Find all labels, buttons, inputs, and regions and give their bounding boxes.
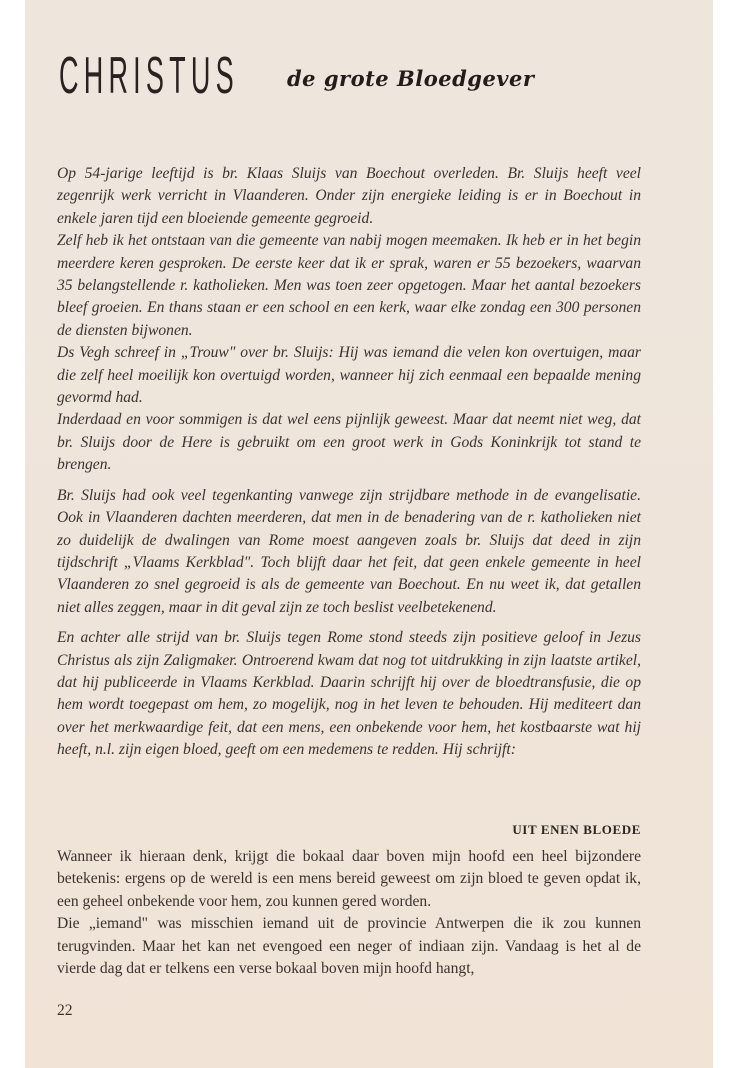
paragraph: Ds Vegh schreef in „Trouw" over br. Slui… [57, 342, 641, 409]
quote-body: Wanneer ik hieraan denk, krijgt die boka… [57, 846, 641, 980]
article-body: Op 54-jarige leeftijd is br. Klaas Sluij… [57, 163, 641, 762]
paragraph: En achter alle strijd van br. Sluijs teg… [57, 627, 641, 761]
paragraph: Inderdaad en voor sommigen is dat wel ee… [57, 409, 641, 476]
quote-paragraph: Wanneer ik hieraan denk, krijgt die boka… [57, 846, 641, 913]
paragraph: Op 54-jarige leeftijd is br. Klaas Sluij… [57, 163, 641, 230]
quote-paragraph: Die „iemand" was misschien iemand uit de… [57, 913, 641, 980]
article-title: CHRISTUS de grote Bloedgever [59, 46, 534, 106]
page-number: 22 [57, 1002, 73, 1020]
quote-heading: UIT ENEN BLOEDE [57, 822, 641, 838]
paragraph: Zelf heb ik het ontstaan van die gemeent… [57, 230, 641, 342]
paragraph: Br. Sluijs had ook veel tegenkanting van… [57, 485, 641, 619]
title-main: CHRISTUS [59, 50, 173, 102]
title-subtitle: de grote Bloedgever [287, 66, 534, 91]
